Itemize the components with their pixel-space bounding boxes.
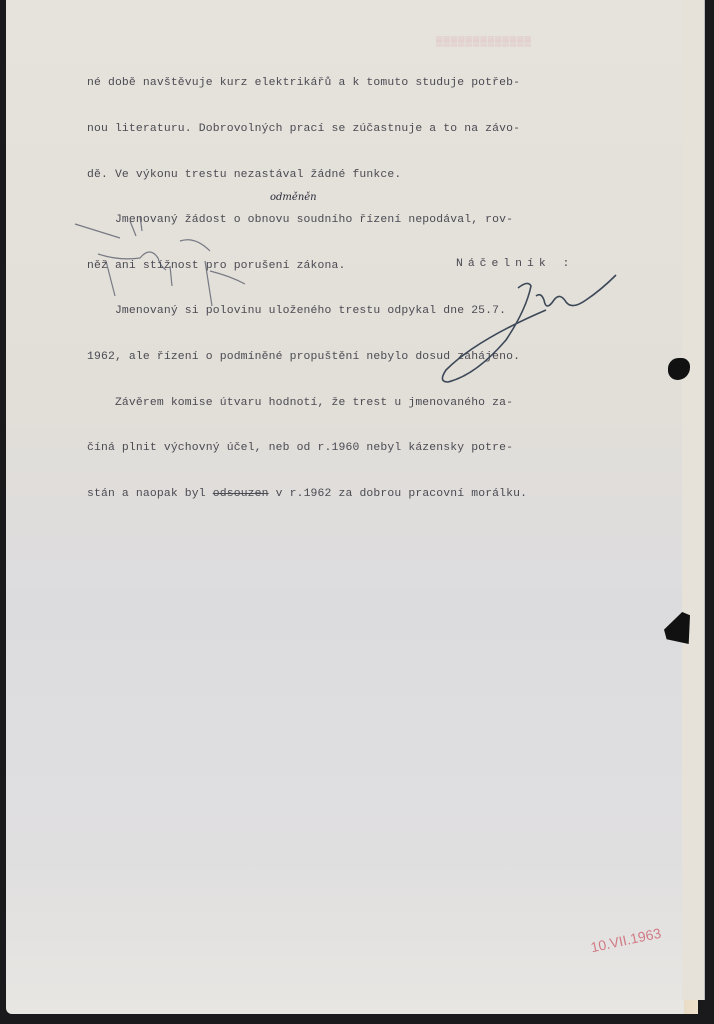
text-line: nou literaturu. Dobrovolných prací se zú… [87, 122, 667, 137]
text-line: dě. Ve výkonu trestu nezastával žádné fu… [87, 168, 667, 183]
text-line: Závěrem komise útvaru hodnotí, že trest … [87, 396, 667, 411]
signature-title: Náčelník : [456, 258, 574, 270]
text-line-last: stán a naopak byl odsouzen v r.1962 za d… [87, 487, 667, 502]
handwritten-correction: odměněn [270, 192, 317, 203]
text-line: číná plnit výchovný účel, neb od r.1960 … [87, 441, 667, 456]
faded-stamp-top: ▒▒▒▒▒▒▒▒▒▒▒▒▒ [436, 36, 532, 46]
initials-scribble [70, 206, 250, 306]
backing-sheet [682, 0, 705, 1000]
text-line: né době navštěvuje kurz elektrikářů a k … [87, 76, 667, 91]
signature [436, 270, 636, 390]
struck-word: odsouzen [213, 488, 269, 500]
